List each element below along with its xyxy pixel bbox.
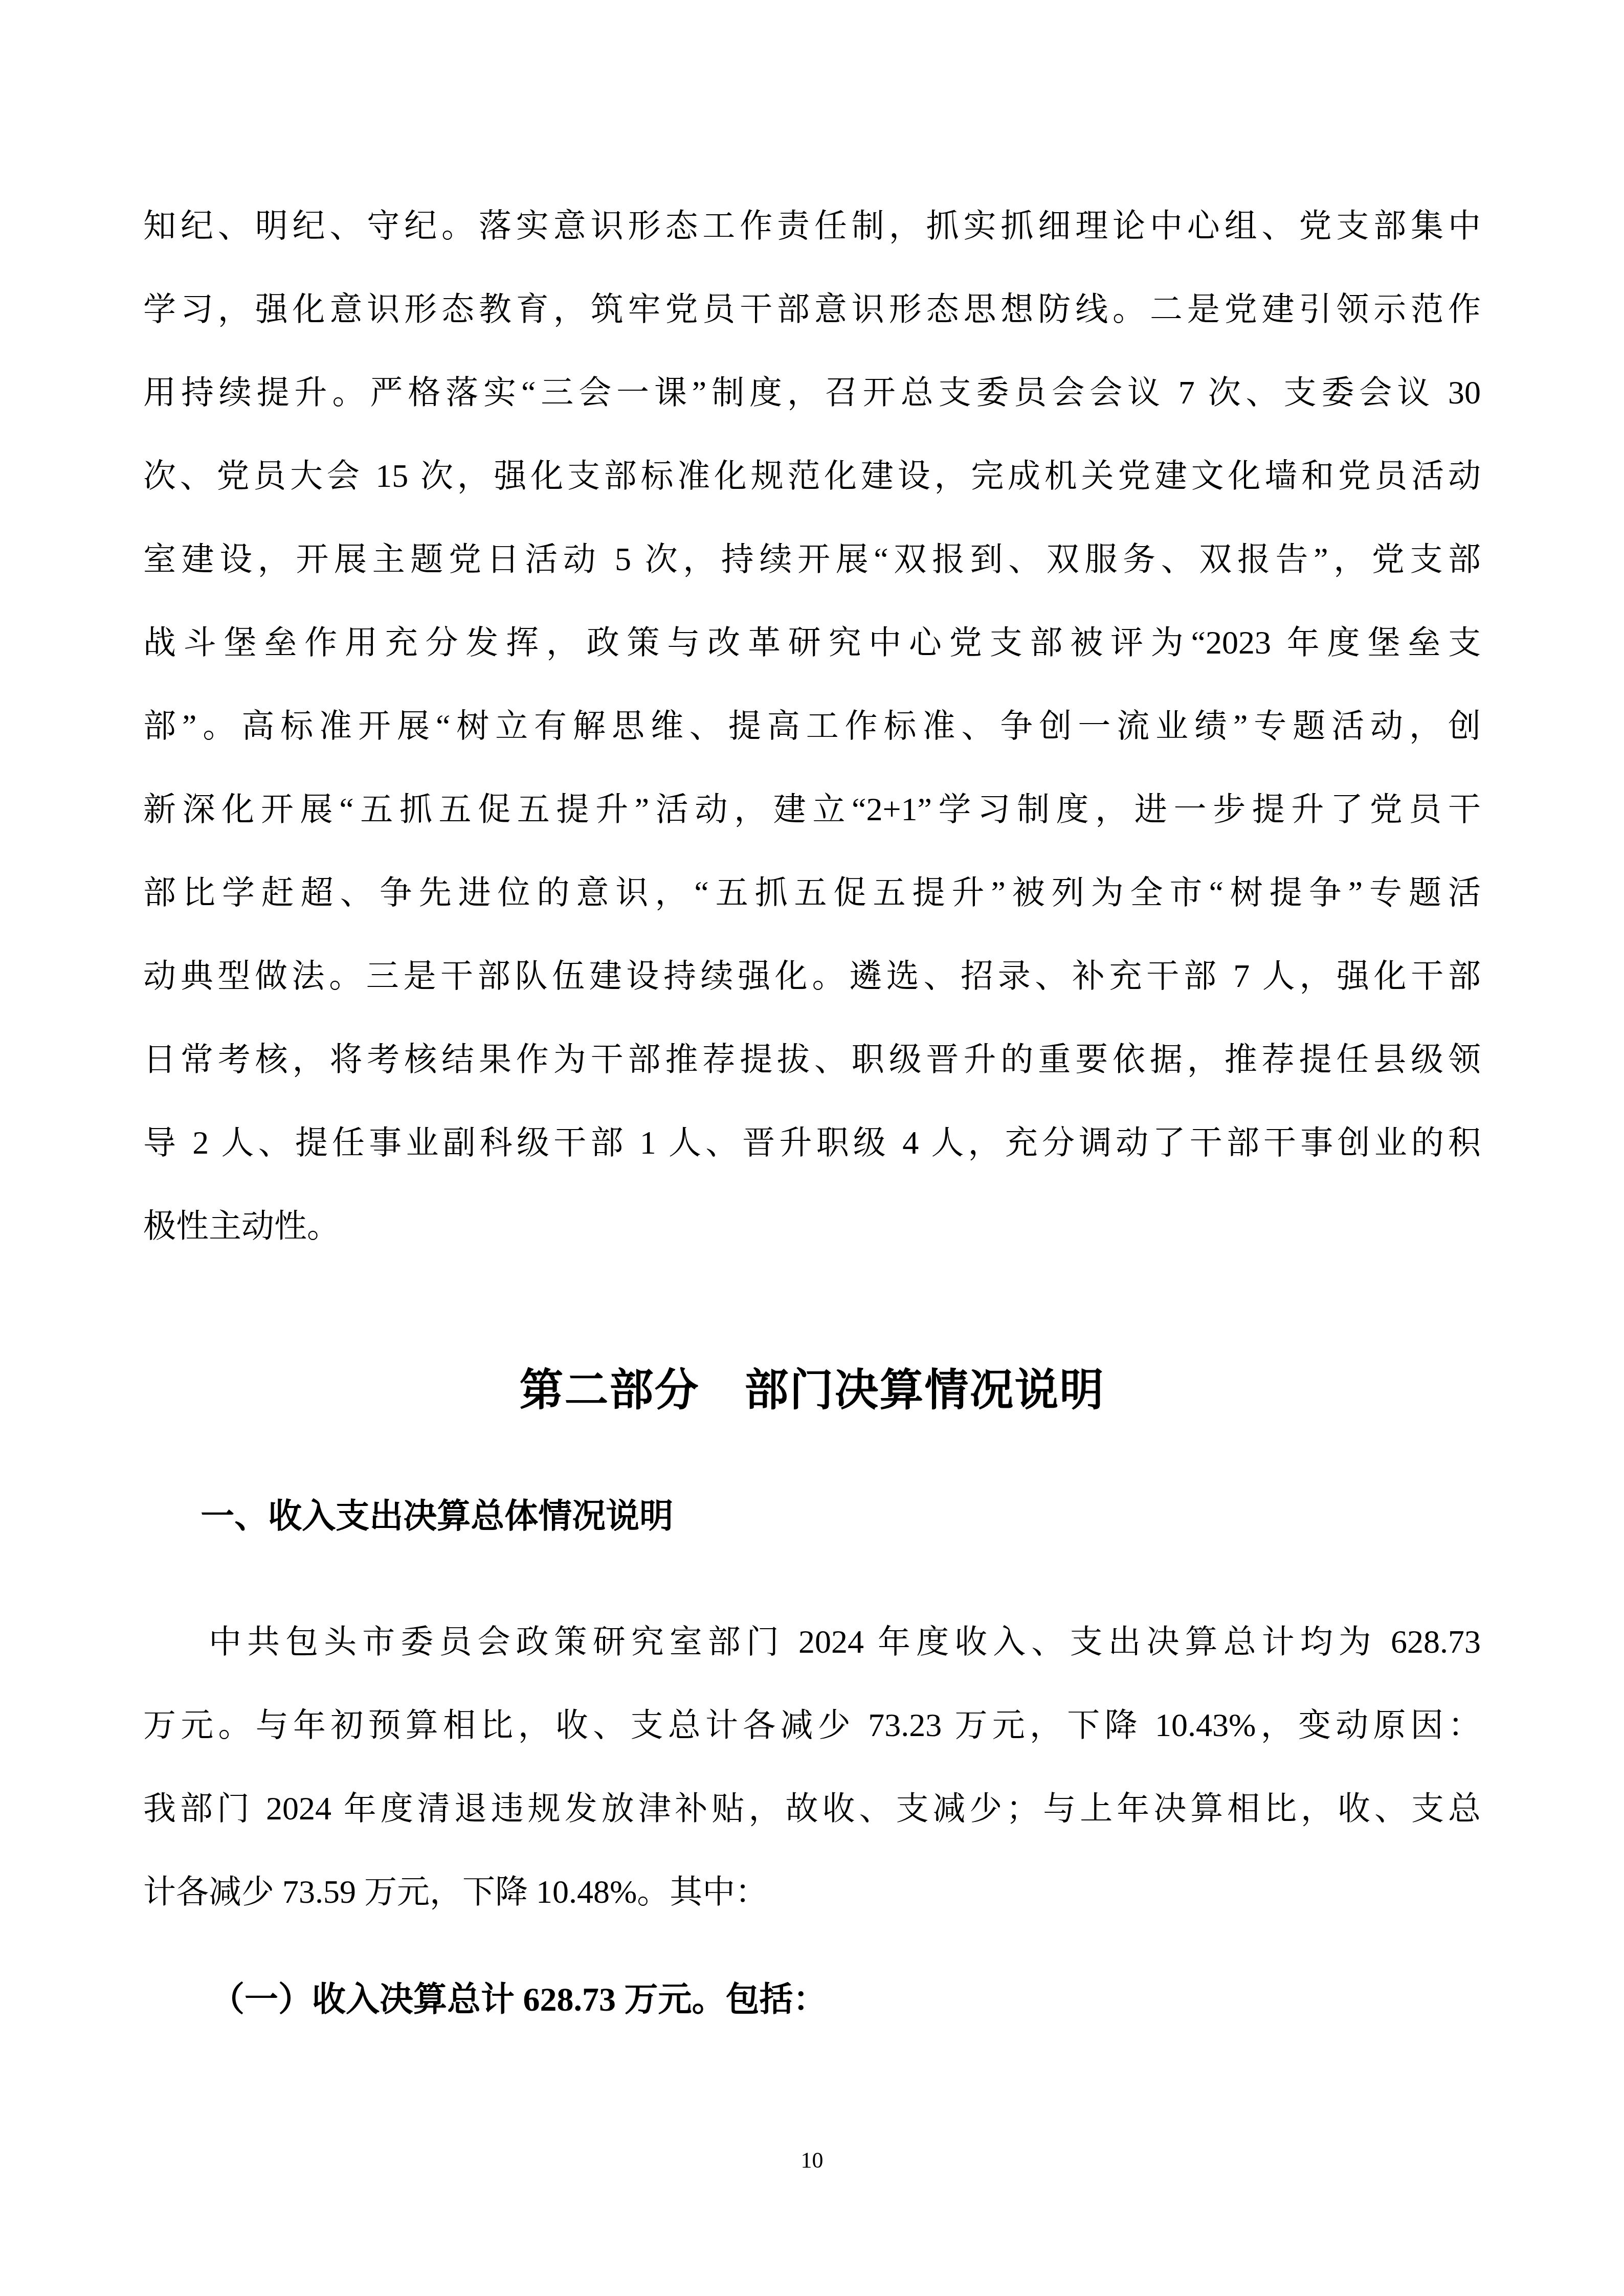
item-heading: （一）收入决算总计 628.73 万元。包括： bbox=[143, 1972, 1481, 2028]
paragraph-1-line: 战斗堡垒作用充分发挥，政策与改革研究中心党支部被评为“2023 年度堡垒支 bbox=[143, 601, 1481, 684]
paragraph-1-line: 用持续提升。严格落实“三会一课”制度，召开总支委员会会议 7 次、支委会议 30 bbox=[143, 351, 1481, 434]
paragraph-1-line: 极性主动性。 bbox=[143, 1184, 1481, 1268]
paragraph-1-line: 部”。高标准开展“树立有解思维、提高工作标准、争创一流业绩”专题活动，创 bbox=[143, 684, 1481, 768]
paragraph-1-line: 学习，强化意识形态教育，筑牢党员干部意识形态思想防线。二是党建引领示范作 bbox=[143, 267, 1481, 351]
paragraph-2-line: 万元。与年初预算相比，收、支总计各减少 73.23 万元，下降 10.43%，变… bbox=[143, 1683, 1481, 1767]
paragraph-2-line: 中共包头市委员会政策研究室部门 2024 年度收入、支出决算总计均为 628.7… bbox=[143, 1600, 1481, 1683]
paragraph-1-line: 部比学赶超、争先进位的意识，“五抓五促五提升”被列为全市“树提争”专题活 bbox=[143, 851, 1481, 934]
paragraph-1-line: 次、党员大会 15 次，强化支部标准化规范化建设，完成机关党建文化墙和党员活动 bbox=[143, 434, 1481, 517]
page-number: 10 bbox=[0, 2145, 1624, 2176]
paragraph-1-line: 导 2 人、提任事业副科级干部 1 人、晋升职级 4 人，充分调动了干部干事创业… bbox=[143, 1101, 1481, 1184]
paragraph-1: 知纪、明纪、守纪。落实意识形态工作责任制，抓实抓细理论中心组、党支部集中 学习，… bbox=[143, 184, 1481, 1268]
paragraph-1-line: 动典型做法。三是干部队伍建设持续强化。遴选、招录、补充干部 7 人，强化干部 bbox=[143, 934, 1481, 1018]
document-page: 知纪、明纪、守纪。落实意识形态工作责任制，抓实抓细理论中心组、党支部集中 学习，… bbox=[0, 0, 1624, 2296]
paragraph-1-line: 室建设，开展主题党日活动 5 次，持续开展“双报到、双服务、双报告”，党支部 bbox=[143, 517, 1481, 601]
paragraph-2-line: 我部门 2024 年度清退违规发放津补贴，故收、支减少；与上年决算相比，收、支总 bbox=[143, 1767, 1481, 1850]
section-heading: 第二部分 部门决算情况说明 bbox=[143, 1355, 1481, 1426]
paragraph-1-line: 日常考核，将考核结果作为干部推荐提拔、职级晋升的重要依据，推荐提任县级领 bbox=[143, 1018, 1481, 1101]
paragraph-1-line: 新深化开展“五抓五促五提升”活动，建立“2+1”学习制度，进一步提升了党员干 bbox=[143, 768, 1481, 851]
body-text: 知纪、明纪、守纪。落实意识形态工作责任制，抓实抓细理论中心组、党支部集中 学习，… bbox=[143, 0, 1481, 2028]
paragraph-1-line: 知纪、明纪、守纪。落实意识形态工作责任制，抓实抓细理论中心组、党支部集中 bbox=[143, 184, 1481, 267]
subsection-heading: 一、收入支出决算总体情况说明 bbox=[143, 1488, 1481, 1544]
paragraph-2: 中共包头市委员会政策研究室部门 2024 年度收入、支出决算总计均为 628.7… bbox=[143, 1600, 1481, 1933]
paragraph-2-line: 计各减少 73.59 万元，下降 10.48%。其中： bbox=[143, 1850, 1481, 1933]
